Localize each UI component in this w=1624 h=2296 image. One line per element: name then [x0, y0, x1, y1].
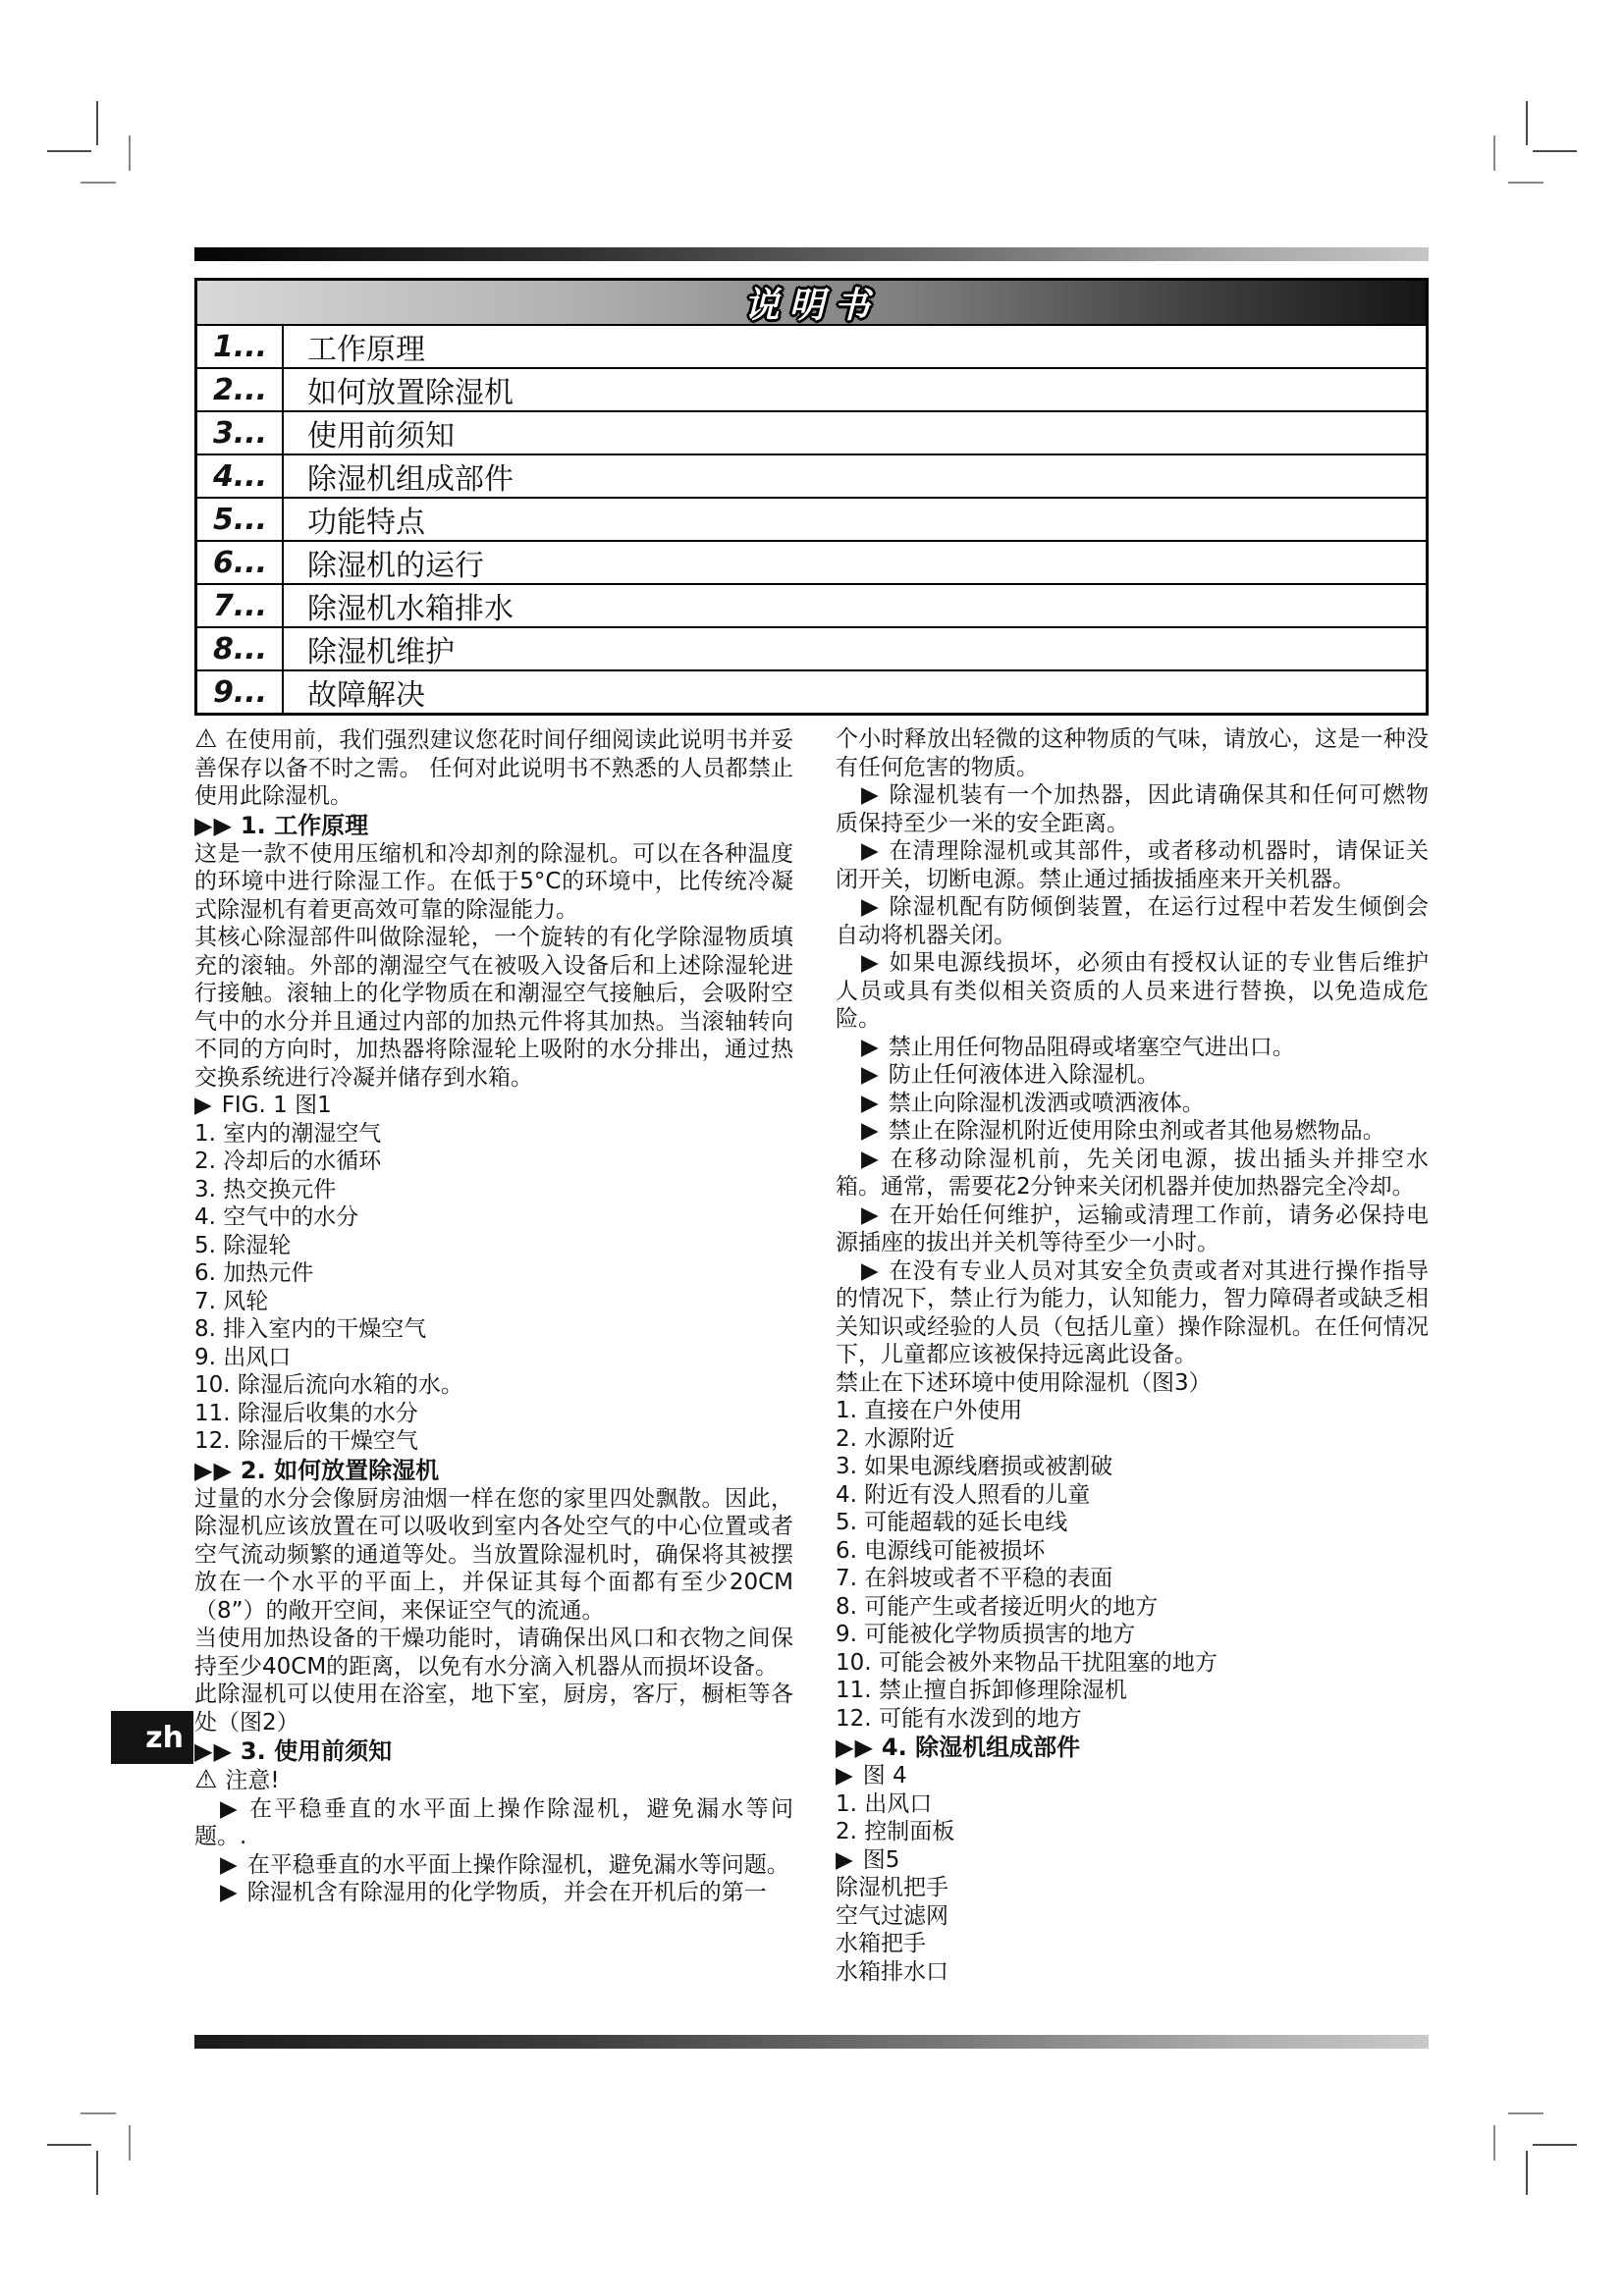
toc-row: 4... 除湿机组成部件 [197, 455, 1426, 499]
section-2-title: 如何放置除湿机 [274, 1457, 439, 1484]
safety-bullet: ▶除湿机配有防倾倒装置，在运行过程中若发生倾倒会自动将机器关闭。 [836, 893, 1429, 949]
section-3-title: 使用前须知 [274, 1737, 392, 1765]
legend-item: 3. 热交换元件 [194, 1176, 793, 1204]
arrow-icon: ▶ [194, 1093, 212, 1118]
notice-bullet-text: 除湿机含有除湿用的化学物质，并会在开机后的第一 [247, 1880, 767, 1905]
toc-row-number: 9... [197, 671, 284, 713]
arrow-icon: ▶ [836, 1847, 853, 1873]
toc-row: 1... 工作原理 [197, 326, 1426, 369]
toc-row: 3... 使用前须知 [197, 412, 1426, 455]
section-1-paragraph-1: 这是一款不使用压缩机和冷却剂的除湿机。可以在各种温度的环境中进行除湿工作。在低于… [194, 840, 793, 925]
bullet-icon: ▶ [861, 1202, 880, 1228]
safety-bullet-text: 如果电源线损坏，必须由有授权认证的专业售后维护人员或具有类似相关资质的人员来进行… [836, 950, 1429, 1032]
crop-mark [1508, 2112, 1543, 2114]
safety-bullet: ▶防止任何液体进入除湿机。 [836, 1061, 1429, 1090]
bullet-icon: ▶ [861, 838, 880, 864]
legend-item: 4. 空气中的水分 [194, 1203, 793, 1232]
crop-mark [96, 101, 98, 145]
toc-row-number: 2... [197, 369, 284, 410]
safety-bullet-text: 禁止在除湿机附近使用除虫剂或者其他易燃物品。 [889, 1118, 1385, 1144]
toc-row-number: 1... [197, 326, 284, 367]
crop-mark [1526, 2151, 1528, 2195]
bullet-icon: ▶ [861, 1062, 879, 1088]
safety-bullet: ▶在移动除湿机前，先关闭电源，拔出插头并排空水箱。通常，需要花2分钟来关闭机器并… [836, 1146, 1429, 1201]
toc-row-label: 功能特点 [284, 499, 425, 540]
safety-bullet-text: 禁止用任何物品阻碍或堵塞空气进出口。 [889, 1035, 1295, 1060]
safety-bullet: ▶如果电源线损坏，必须由有授权认证的专业售后维护人员或具有类似相关资质的人员来进… [836, 949, 1429, 1034]
caution-text: 注意! [225, 1768, 279, 1793]
notice-bullet: ▶除湿机含有除湿用的化学物质，并会在开机后的第一 [194, 1879, 793, 1907]
crop-mark [1526, 101, 1528, 145]
bullet-icon: ▶ [861, 950, 880, 976]
toc-row-label: 使用前须知 [284, 412, 455, 454]
safety-bullet-text: 除湿机配有防倾倒装置，在运行过程中若发生倾倒会自动将机器关闭。 [836, 894, 1429, 948]
toc-row-number: 8... [197, 628, 284, 669]
crop-mark [96, 2151, 98, 2195]
double-arrow-icon: ▶▶ [194, 812, 233, 839]
section-4-number: 4. [882, 1734, 907, 1761]
intro-warning: ⚠在使用前，我们强烈建议您花时间仔细阅读此说明书并妥善保存以备不时之需。 任何对… [194, 725, 793, 811]
section-3-heading: ▶▶3. 使用前须知 [194, 1736, 793, 1766]
figure-4-item: 1. 出风口 [836, 1790, 1429, 1819]
double-arrow-icon: ▶▶ [194, 1737, 233, 1765]
legend-item: 11. 除湿后收集的水分 [194, 1400, 793, 1428]
figure-5-item: 水箱把手 [836, 1930, 1429, 1958]
section-1-number: 1. [241, 812, 266, 839]
bullet-icon: ▶ [220, 1852, 238, 1878]
crop-mark [81, 182, 116, 184]
legend-item: 6. 加热元件 [194, 1259, 793, 1288]
warning-icon: ⚠ [194, 724, 217, 754]
crop-mark [1493, 135, 1495, 171]
double-arrow-icon: ▶▶ [194, 1457, 233, 1484]
safety-bullet: ▶在开始任何维护，运输或清理工作前，请务必保持电源插座的拔出并关机等待至少一小时… [836, 1201, 1429, 1257]
section-1-title: 工作原理 [274, 812, 368, 839]
page-title: 说明书 [743, 278, 879, 328]
toc-row-label: 如何放置除湿机 [284, 369, 514, 410]
figure-4-caption-text: 图 4 [863, 1763, 907, 1789]
legend-item: 8. 排入室内的干燥空气 [194, 1315, 793, 1344]
safety-bullet: ▶禁止用任何物品阻碍或堵塞空气进出口。 [836, 1034, 1429, 1062]
forbidden-environments-list: 1. 直接在户外使用 2. 水源附近 3. 如果电源线磨损或被割破 4. 附近有… [836, 1397, 1429, 1733]
toc-row: 6... 除湿机的运行 [197, 542, 1426, 585]
section-2-number: 2. [241, 1457, 266, 1484]
toc-row-number: 5... [197, 499, 284, 540]
forbidden-item: 12. 可能有水泼到的地方 [836, 1705, 1429, 1734]
legend-item: 10. 除湿后流向水箱的水。 [194, 1371, 793, 1400]
crop-mark [129, 2125, 131, 2161]
toc-row: 2... 如何放置除湿机 [197, 369, 1426, 412]
bullet-icon: ▶ [861, 894, 880, 920]
toc-row-label: 除湿机的运行 [284, 542, 484, 583]
section-1-paragraph-2: 其核心除湿部件叫做除湿轮，一个旋转的有化学除湿物质填充的滚轴。外部的潮湿空气在被… [194, 924, 793, 1092]
section-2-heading: ▶▶2. 如何放置除湿机 [194, 1456, 793, 1485]
figure-1-caption: ▶FIG. 1 图1 [194, 1092, 793, 1120]
crop-mark [1508, 182, 1543, 184]
crop-mark [129, 135, 131, 171]
toc-row: 9... 故障解决 [197, 671, 1426, 713]
figure-5-caption: ▶图5 [836, 1846, 1429, 1875]
double-arrow-icon: ▶▶ [836, 1734, 874, 1761]
figure-4-caption: ▶图 4 [836, 1762, 1429, 1790]
legend-item: 2. 冷却后的水循环 [194, 1148, 793, 1176]
toc-row-number: 7... [197, 585, 284, 626]
forbidden-item: 3. 如果电源线磨损或被割破 [836, 1453, 1429, 1481]
bullet-icon: ▶ [861, 1118, 879, 1144]
section-4-title: 除湿机组成部件 [915, 1734, 1080, 1761]
forbidden-item: 11. 禁止擅自拆卸修理除湿机 [836, 1677, 1429, 1705]
section-2-paragraph-3: 此除湿机可以使用在浴室，地下室，厨房，客厅，橱柜等各处（图2） [194, 1681, 793, 1736]
manual-page: 说明书 1... 工作原理 2... 如何放置除湿机 3... 使用前须知 4.… [0, 0, 1624, 2296]
forbidden-item: 4. 附近有没人照看的儿童 [836, 1481, 1429, 1510]
forbidden-environments-intro: 禁止在下述环境中使用除湿机（图3） [836, 1369, 1429, 1398]
notice-bullet-text: 在平稳垂直的水平面上操作除湿机，避免漏水等问题。 [247, 1852, 789, 1878]
toc-row-label: 除湿机组成部件 [284, 455, 514, 497]
safety-bullet: ▶在没有专业人员对其安全负责或者对其进行操作指导的情况下，禁止行为能力，认知能力… [836, 1257, 1429, 1369]
language-tab-label: zh [145, 1721, 184, 1755]
notice-bullet-text: 在平稳垂直的水平面上操作除湿机，避免漏水等问题。. [194, 1796, 793, 1850]
left-column: ⚠在使用前，我们强烈建议您花时间仔细阅读此说明书并妥善保存以备不时之需。 任何对… [194, 725, 793, 1907]
section-2-paragraph-1: 过量的水分会像厨房油烟一样在您的家里四处飘散。因此，除湿机应该放置在可以吸收到室… [194, 1485, 793, 1626]
safety-bullet-text: 在没有专业人员对其安全负责或者对其进行操作指导的情况下，禁止行为能力，认知能力，… [836, 1258, 1429, 1368]
bullet-icon: ▶ [861, 1147, 881, 1172]
toc-row-label: 工作原理 [284, 326, 425, 367]
legend-item: 12. 除湿后的干燥空气 [194, 1427, 793, 1456]
section-2-paragraph-2: 当使用加热设备的干燥功能时，请确保出风口和衣物之间保持至少40CM的距离，以免有… [194, 1625, 793, 1681]
safety-bullet: ▶在清理除湿机或其部件，或者移动机器时，请保证关闭开关，切断电源。禁止通过插拔插… [836, 837, 1429, 893]
forbidden-item: 9. 可能被化学物质损害的地方 [836, 1621, 1429, 1649]
bullet-icon: ▶ [861, 1091, 879, 1116]
toc-row-number: 6... [197, 542, 284, 583]
language-tab: zh [111, 1711, 193, 1764]
forbidden-item: 8. 可能产生或者接近明火的地方 [836, 1593, 1429, 1622]
toc-header: 说明书 [197, 281, 1426, 326]
forbidden-item: 7. 在斜坡或者不平稳的表面 [836, 1565, 1429, 1593]
bullet-icon: ▶ [220, 1796, 240, 1822]
safety-bullet: ▶禁止在除湿机附近使用除虫剂或者其他易燃物品。 [836, 1117, 1429, 1146]
toc-row-number: 3... [197, 412, 284, 454]
crop-mark [1533, 150, 1577, 152]
safety-bullet-text: 除湿机装有一个加热器，因此请确保其和任何可燃物质保持至少一米的安全距离。 [836, 782, 1429, 836]
bullet-icon: ▶ [861, 1035, 879, 1060]
legend-item: 9. 出风口 [194, 1344, 793, 1372]
legend-item: 5. 除湿轮 [194, 1232, 793, 1260]
crop-mark [1493, 2125, 1495, 2161]
toc-row: 8... 除湿机维护 [197, 628, 1426, 671]
figure-5-item: 水箱排水口 [836, 1958, 1429, 1987]
right-column: 个小时释放出轻微的这种物质的气味，请放心，这是一种没有任何危害的物质。 ▶除湿机… [836, 725, 1429, 1986]
safety-bullet: ▶除湿机装有一个加热器，因此请确保其和任何可燃物质保持至少一米的安全距离。 [836, 781, 1429, 837]
bullet-icon: ▶ [220, 1880, 238, 1905]
intro-warning-text: 在使用前，我们强烈建议您花时间仔细阅读此说明书并妥善保存以备不时之需。 任何对此… [194, 727, 793, 809]
safety-bullet-text: 在开始任何维护，运输或清理工作前，请务必保持电源插座的拔出并关机等待至少一小时。 [836, 1202, 1429, 1256]
toc-row: 7... 除湿机水箱排水 [197, 585, 1426, 628]
section-3-number: 3. [241, 1737, 266, 1765]
safety-bullet-text: 在清理除湿机或其部件，或者移动机器时，请保证关闭开关，切断电源。禁止通过插拔插座… [836, 838, 1429, 892]
forbidden-item: 1. 直接在户外使用 [836, 1397, 1429, 1425]
safety-bullet-text: 防止任何液体进入除湿机。 [889, 1062, 1160, 1088]
notice-bullet: ▶在平稳垂直的水平面上操作除湿机，避免漏水等问题。. [194, 1795, 793, 1851]
caution-line: ⚠注意! [194, 1766, 793, 1795]
figure-1-legend: 1. 室内的潮湿空气 2. 冷却后的水循环 3. 热交换元件 4. 空气中的水分… [194, 1120, 793, 1456]
toc-row-label: 除湿机水箱排水 [284, 585, 514, 626]
toc-row: 5... 功能特点 [197, 499, 1426, 542]
toc-row-number: 4... [197, 455, 284, 497]
crop-mark [1533, 2144, 1577, 2146]
table-of-contents: 说明书 1... 工作原理 2... 如何放置除湿机 3... 使用前须知 4.… [194, 278, 1429, 716]
bottom-gradient-bar [194, 2035, 1429, 2049]
safety-bullet: ▶禁止向除湿机泼洒或喷洒液体。 [836, 1090, 1429, 1118]
crop-mark [47, 150, 91, 152]
safety-bullet-text: 在移动除湿机前，先关闭电源，拔出插头并排空水箱。通常，需要花2分钟来关闭机器并使… [836, 1147, 1429, 1201]
figure-4-item: 2. 控制面板 [836, 1818, 1429, 1846]
forbidden-item: 6. 电源线可能被损坏 [836, 1537, 1429, 1566]
figure-5-item: 除湿机把手 [836, 1874, 1429, 1902]
toc-row-label: 故障解决 [284, 671, 425, 713]
legend-item: 7. 风轮 [194, 1288, 793, 1316]
figure-5-item: 空气过滤网 [836, 1902, 1429, 1931]
continued-paragraph: 个小时释放出轻微的这种物质的气味，请放心，这是一种没有任何危害的物质。 [836, 725, 1429, 781]
figure-1-caption-text: FIG. 1 图1 [222, 1093, 332, 1118]
warning-icon: ⚠ [194, 1765, 217, 1794]
bullet-icon: ▶ [861, 782, 880, 808]
legend-item: 1. 室内的潮湿空气 [194, 1120, 793, 1148]
toc-row-label: 除湿机维护 [284, 628, 455, 669]
forbidden-item: 5. 可能超载的延长电线 [836, 1509, 1429, 1537]
notice-bullet: ▶在平稳垂直的水平面上操作除湿机，避免漏水等问题。 [194, 1851, 793, 1880]
figure-5-caption-text: 图5 [863, 1847, 900, 1873]
section-4-heading: ▶▶4. 除湿机组成部件 [836, 1733, 1429, 1762]
forbidden-item: 2. 水源附近 [836, 1425, 1429, 1454]
safety-bullet-text: 禁止向除湿机泼洒或喷洒液体。 [889, 1091, 1205, 1116]
arrow-icon: ▶ [836, 1763, 853, 1789]
bullet-icon: ▶ [861, 1258, 880, 1284]
forbidden-item: 10. 可能会被外来物品干扰阻塞的地方 [836, 1649, 1429, 1678]
crop-mark [81, 2112, 116, 2114]
crop-mark [47, 2144, 91, 2146]
top-gradient-bar [194, 247, 1429, 261]
section-1-heading: ▶▶1. 工作原理 [194, 811, 793, 840]
